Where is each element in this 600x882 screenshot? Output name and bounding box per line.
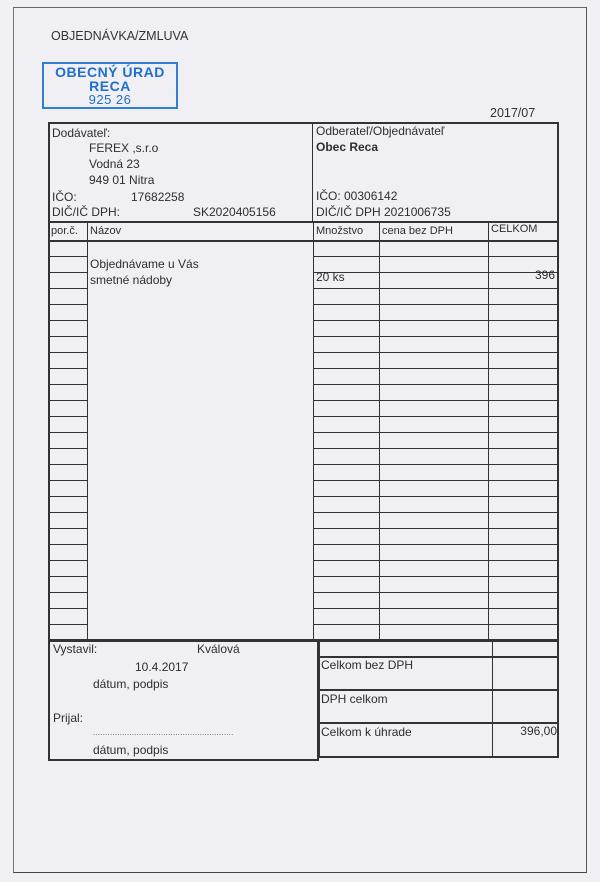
supplier-ico: 17682258: [131, 190, 184, 204]
supplier-name: FEREX ,s.r.o: [89, 141, 158, 155]
row-line: [313, 480, 559, 481]
row-line: [48, 432, 88, 433]
row-line: [313, 256, 559, 257]
summary-row-line: [318, 689, 559, 691]
date-sign-label-2: dátum, podpis: [93, 743, 168, 757]
row-line: [313, 512, 559, 513]
header-number: por.č.: [51, 225, 78, 237]
stamp-line-1: OBECNÝ ÚRAD: [44, 65, 176, 79]
row-line: [313, 240, 559, 242]
total-value: 396,00: [495, 724, 557, 738]
row-line: [313, 352, 559, 353]
row-line: [48, 608, 88, 609]
row-line: [48, 416, 88, 417]
row-line: [48, 352, 88, 353]
row-line: [313, 544, 559, 545]
supplier-city: 949 01 Nitra: [89, 173, 154, 187]
row-line: [48, 512, 88, 513]
row-line: [313, 608, 559, 609]
item-total: 396: [491, 268, 555, 282]
supplier-dic-label: DIČ/IČ DPH:: [52, 205, 120, 219]
signature-line: ........................................…: [93, 728, 234, 737]
header-name: Názov: [90, 225, 121, 237]
row-line: [313, 384, 559, 385]
row-line: [313, 528, 559, 529]
header-price: cena bez DPH: [382, 225, 453, 237]
row-line: [48, 624, 88, 625]
row-line: [48, 576, 88, 577]
row-line: [313, 400, 559, 401]
supplier-label: Dodávateľ:: [52, 126, 110, 140]
supplier-ico-label: IČO:: [52, 190, 77, 204]
row-line: [48, 384, 88, 385]
row-line: [313, 624, 559, 625]
row-line: [48, 480, 88, 481]
row-line: [48, 560, 88, 561]
row-line: [313, 272, 559, 273]
col-divider-name: [313, 221, 314, 641]
row-line: [48, 272, 88, 273]
document-title: OBJEDNÁVKA/ZMLUVA: [51, 29, 188, 43]
row-line: [48, 320, 88, 321]
issued-by: Kválová: [197, 642, 240, 656]
row-line: [48, 288, 88, 289]
customer-name: Obec Reca: [316, 140, 378, 154]
header-underline: [87, 240, 313, 242]
row-line: [48, 368, 88, 369]
row-line: [48, 304, 88, 305]
row-line: [48, 544, 88, 545]
row-line: [48, 496, 88, 497]
row-line: [313, 576, 559, 577]
row-line: [313, 304, 559, 305]
customer-ico: IČO: 00306142: [316, 189, 397, 203]
row-line: [313, 592, 559, 593]
header-quantity: Množstvo: [316, 225, 363, 237]
row-line: [313, 416, 559, 417]
vat-label: DPH celkom: [321, 692, 388, 706]
supplier-dic: SK2020405156: [193, 205, 276, 219]
stamp-line-3: 925 26: [44, 93, 176, 107]
row-line: [48, 336, 88, 337]
stamp-line-2: RECA: [44, 79, 176, 93]
row-line: [48, 240, 88, 242]
total-label: Celkom k úhrade: [321, 725, 412, 739]
office-stamp: OBECNÝ ÚRAD RECA 925 26: [42, 62, 178, 109]
row-line: [48, 592, 88, 593]
row-line: [313, 464, 559, 465]
order-code: 2017/07: [490, 106, 535, 120]
issued-label: Vystavil:: [53, 642, 97, 656]
col-divider-price: [488, 221, 489, 641]
issued-date: 10.4.2017: [135, 660, 188, 674]
row-line: [313, 320, 559, 321]
header-total: CELKOM: [491, 223, 537, 235]
customer-label: Odberateľ/Objednávateľ: [316, 124, 444, 138]
row-line: [313, 368, 559, 369]
row-line: [48, 528, 88, 529]
signature-box: [48, 640, 319, 761]
row-line: [48, 448, 88, 449]
subtotal-label: Celkom bez DPH: [321, 658, 413, 672]
date-sign-label-1: dátum, podpis: [93, 677, 168, 691]
row-line: [48, 400, 88, 401]
col-divider-quantity: [379, 221, 380, 641]
row-line: [313, 336, 559, 337]
row-line: [313, 448, 559, 449]
item-description-line-2: smetné nádoby: [90, 273, 172, 287]
row-line: [48, 256, 88, 257]
row-line: [313, 560, 559, 561]
row-line: [313, 288, 559, 289]
received-label: Prijal:: [53, 711, 83, 725]
row-line: [313, 496, 559, 497]
item-description-line-1: Objednávame u Vás: [90, 257, 199, 271]
row-line: [48, 464, 88, 465]
col-divider-number: [87, 221, 88, 641]
supplier-street: Vodná 23: [89, 157, 140, 171]
customer-dic: DIČ/IČ DPH 2021006735: [316, 205, 451, 219]
parties-divider: [312, 122, 313, 223]
row-line: [313, 432, 559, 433]
